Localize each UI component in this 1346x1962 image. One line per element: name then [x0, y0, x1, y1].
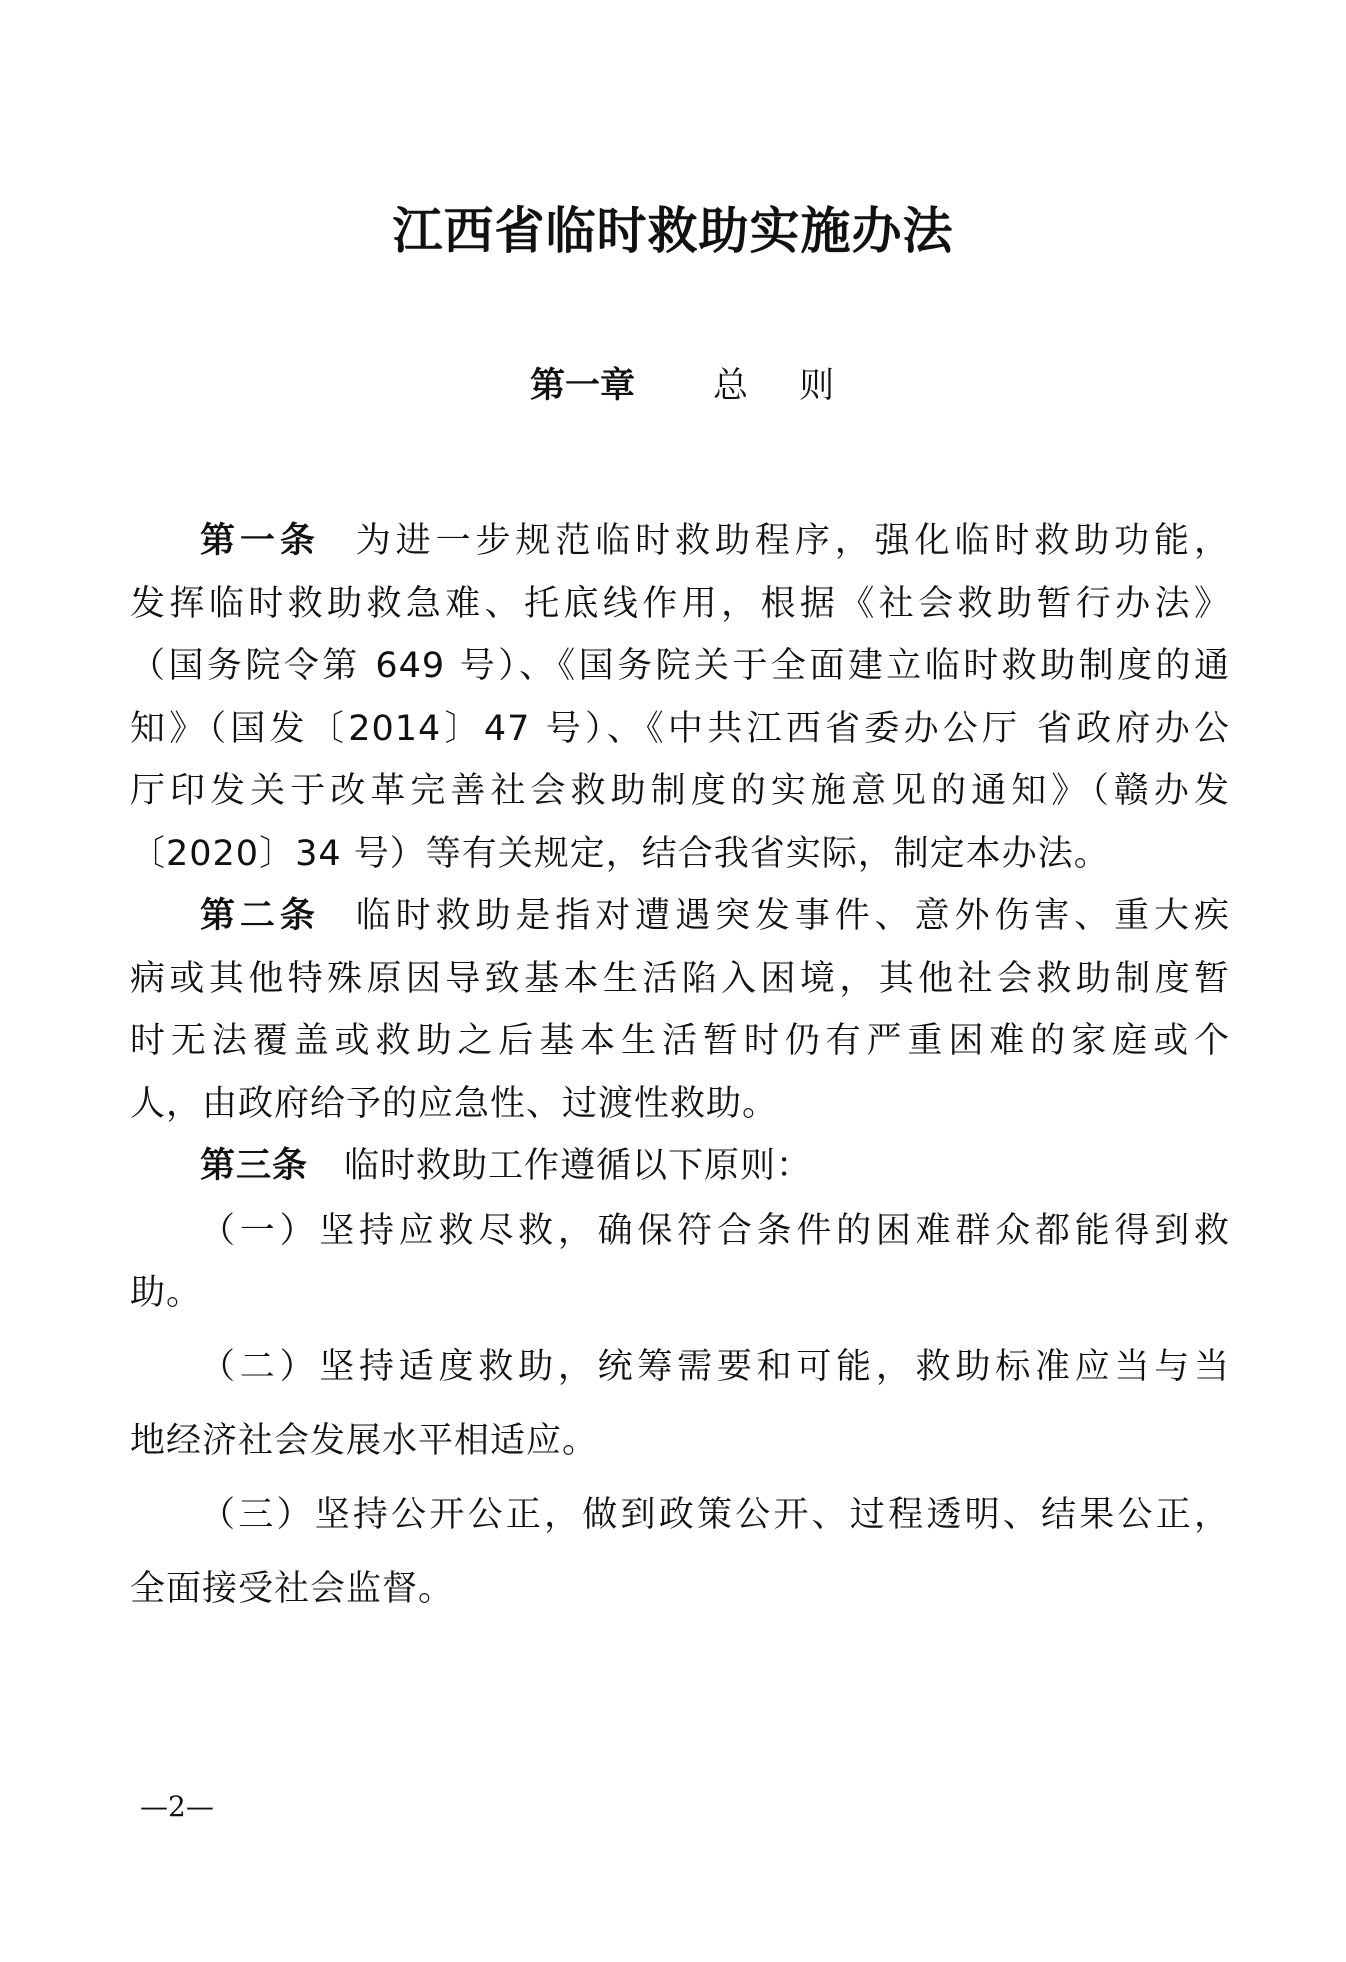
- article-1-line-1: 第一条为进一步规范临时救助程序，强化临时救助功能，: [200, 510, 1230, 572]
- principle-1-line-1: （一）坚持应救尽救，确保符合条件的困难群众都能得到救: [200, 1200, 1230, 1262]
- article-2-line-2: 病或其他特殊原因导致基本生活陷入困境，其他社会救助制度暂: [130, 948, 1230, 1010]
- article-1-line-2: 发挥临时救助救急难、托底线作用，根据《社会救助暂行办法》: [130, 573, 1230, 635]
- article-2-label: 第二条: [200, 896, 320, 936]
- principle-2-line-2: 地经济社会发展水平相适应。: [130, 1410, 1230, 1472]
- article-2-line-3: 时无法覆盖或救助之后基本生活暂时仍有严重困难的家庭或个: [130, 1010, 1230, 1072]
- chapter-heading: 第一章总 则: [530, 362, 854, 410]
- document-title: 江西省临时救助实施办法: [0, 196, 1346, 266]
- article-3-line-1: 第三条临时救助工作遵循以下原则：: [200, 1135, 1230, 1197]
- principle-1-line-2: 助。: [130, 1262, 1230, 1324]
- article-1-line-5: 厅印发关于改革完善社会救助制度的实施意见的通知》（赣办发: [130, 760, 1230, 822]
- article-1-line-6: 〔2020〕34 号）等有关规定，结合我省实际，制定本办法。: [130, 823, 1230, 885]
- principle-2-line-1: （二）坚持适度救助，统筹需要和可能，救助标准应当与当: [200, 1336, 1230, 1398]
- article-2-line-1: 第二条临时救助是指对遭遇突发事件、意外伤害、重大疾: [200, 885, 1230, 947]
- principle-3-line-2: 全面接受社会监督。: [130, 1558, 1230, 1620]
- page-number: —2—: [140, 1782, 214, 1832]
- article-2-text: 临时救助是指对遭遇突发事件、意外伤害、重大疾: [356, 896, 1230, 936]
- principle-3-line-1: （三）坚持公开公正，做到政策公开、过程透明、结果公正，: [200, 1484, 1230, 1546]
- article-2-line-4: 人，由政府给予的应急性、过渡性救助。: [130, 1073, 1230, 1135]
- article-1-label: 第一条: [200, 521, 320, 561]
- article-1-line-3: （国务院令第 649 号）、《国务院关于全面建立临时救助制度的通: [130, 635, 1230, 697]
- article-3-label: 第三条: [200, 1146, 308, 1186]
- article-3-text: 临时救助工作遵循以下原则：: [344, 1146, 812, 1186]
- article-1-text: 为进一步规范临时救助程序，强化临时救助功能，: [356, 521, 1230, 561]
- article-1-line-4: 知》（国发〔2014〕47 号）、《中共江西省委办公厅 省政府办公: [130, 698, 1230, 760]
- chapter-name: 总 则: [713, 366, 854, 406]
- chapter-number: 第一章: [530, 366, 635, 406]
- document-page: 江西省临时救助实施办法 第一章总 则 第一条为进一步规范临时救助程序，强化临时救…: [0, 0, 1346, 1962]
